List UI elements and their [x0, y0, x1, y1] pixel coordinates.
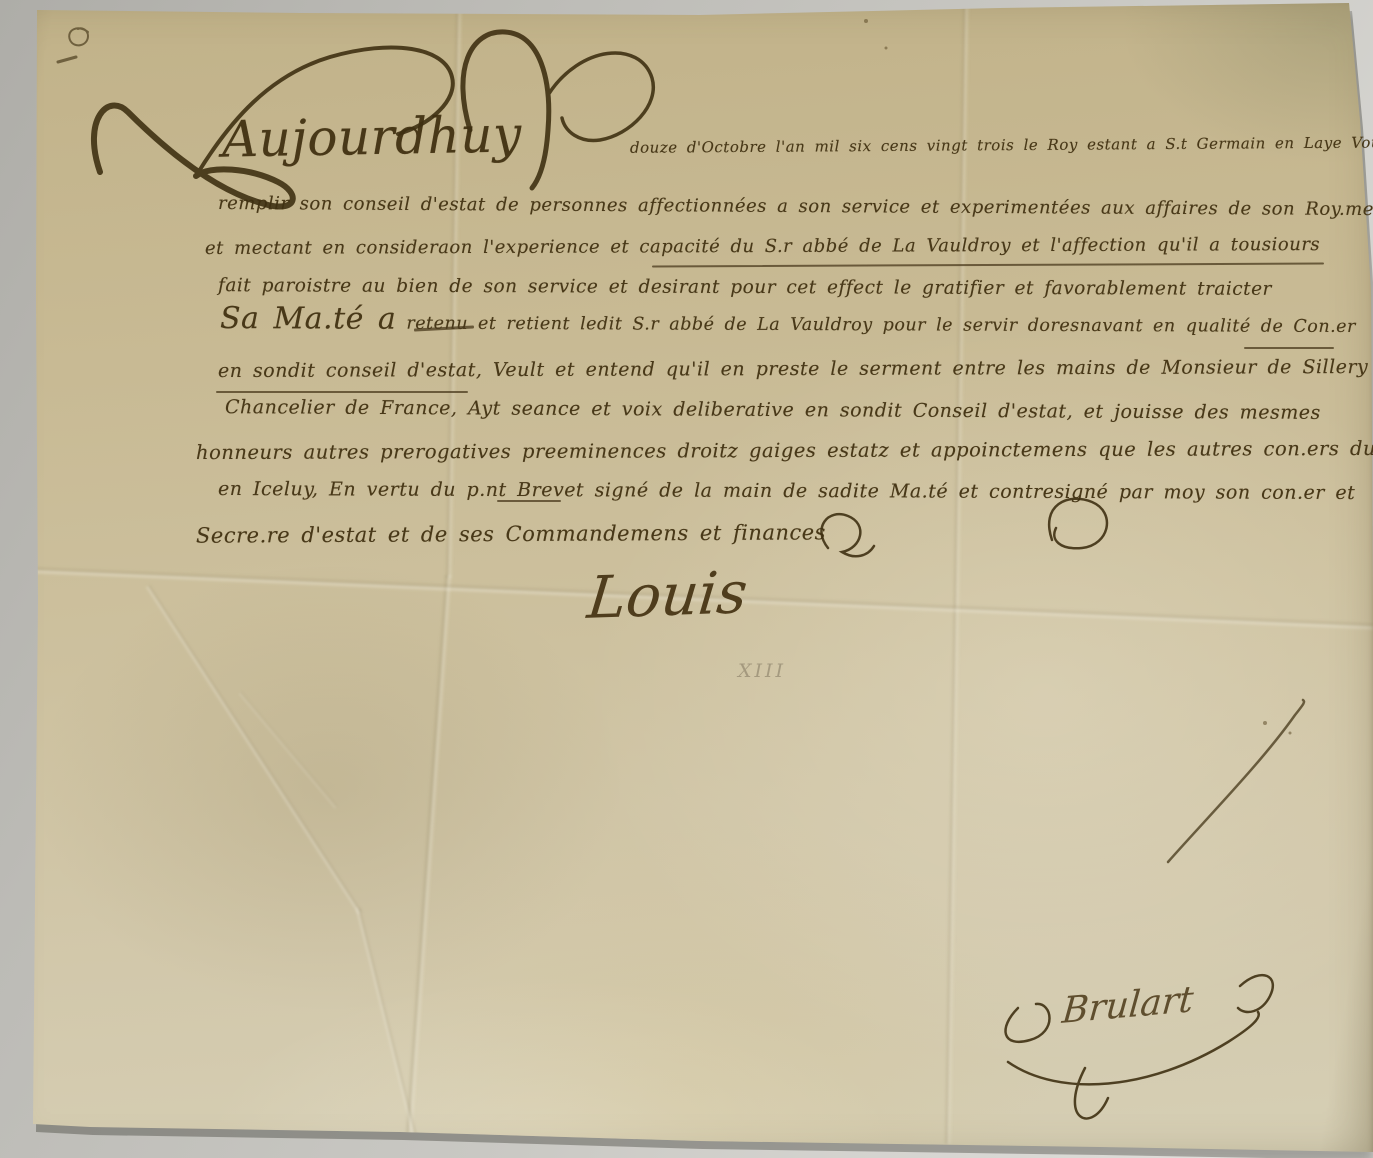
underline-brevet: [497, 500, 561, 502]
manuscript-line-5: Sa Ma.té aretenu et retient ledit S.r ab…: [220, 304, 1356, 338]
manuscript-line-9: en Iceluy, En vertu du p.nt Brevet signé…: [218, 480, 1355, 503]
underline-line5-end: [1244, 347, 1334, 349]
pencil-annotation: XIII: [738, 662, 786, 681]
opening-word: Aujourdhuy: [222, 109, 523, 164]
diagonal-wrinkle: [238, 691, 338, 809]
royal-signature: Louis: [585, 563, 750, 627]
opening-word-text: Aujourdhuy: [222, 105, 523, 168]
vertical-fold-crease: [405, 575, 452, 1134]
manuscript-line-10: Secre.re d'estat et de ses Commandemens …: [196, 522, 826, 546]
manuscript-line-8: honneurs autres prerogatives preeminence…: [196, 439, 1373, 463]
manuscript-line-4: fait paroistre au bien de son service et…: [218, 277, 1272, 299]
diagonal-wrinkle: [355, 907, 419, 1141]
manuscript-line-5-lead: Sa Ma.té a: [220, 301, 396, 337]
manuscript-line-5-text: retenu et retient ledit S.r abbé de La V…: [406, 314, 1356, 337]
underline-line6-start: [216, 391, 468, 393]
manuscript-line-3: et mectant en consideraon l'experience e…: [205, 236, 1320, 258]
photo-of-manuscript: Aujourdhuy douze d'Octobre l'an mil six …: [0, 0, 1373, 1158]
manuscript-line-6: en sondit conseil d'estat, Veult et ente…: [218, 358, 1368, 381]
vertical-fold-crease: [944, 4, 969, 1144]
diagonal-wrinkle: [145, 584, 362, 914]
